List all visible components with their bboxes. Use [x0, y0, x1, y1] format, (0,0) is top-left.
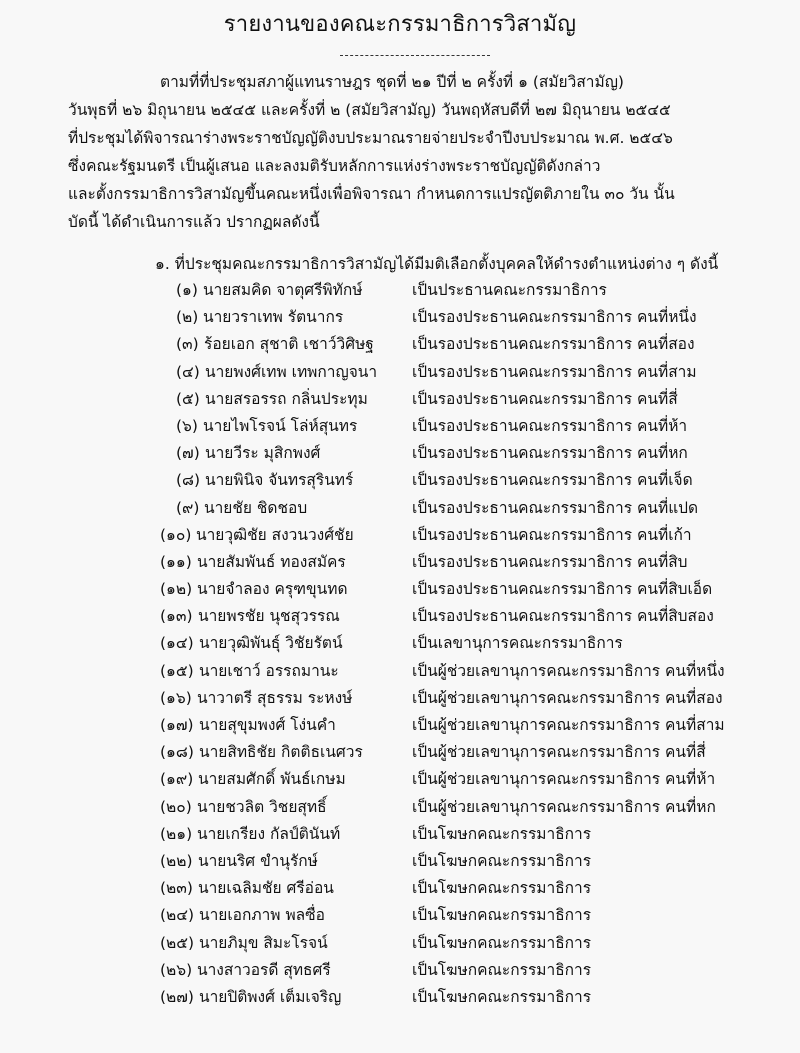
member-role: เป็นผู้ช่วยเลขานุการคณะกรรมาธิการ คนที่ส… — [412, 739, 706, 766]
list-item: (๒๔)นายเอกภาพ พลซื่อเป็นโฆษกคณะกรรมาธิกา… — [0, 902, 800, 929]
list-item: (๒๗)นายปิติพงศ์ เต็มเจริญเป็นโฆษกคณะกรรม… — [0, 984, 800, 1011]
member-number: (๕) — [176, 386, 200, 413]
member-role: เป็นโฆษกคณะกรรมาธิการ — [412, 875, 591, 902]
member-number: (๑๒) — [160, 576, 192, 603]
member-name: นายสุขุมพงศ์ โง่นคำ — [199, 712, 336, 739]
member-role: เป็นผู้ช่วยเลขานุการคณะกรรมาธิการ คนที่ส… — [412, 685, 723, 712]
member-name: นายเฉลิมชัย ศรีอ่อน — [198, 875, 334, 902]
list-item: (๒๓)นายเฉลิมชัย ศรีอ่อนเป็นโฆษกคณะกรรมาธ… — [0, 875, 800, 902]
member-role: เป็นรองประธานคณะกรรมาธิการ คนที่สิบ — [412, 549, 688, 576]
member-number: (๑๗) — [160, 712, 194, 739]
member-name: นายชวลิต วิชยสุทธิ์ — [197, 794, 327, 821]
intro-line: วันพุธที่ ๒๖ มิถุนายน ๒๕๔๕ และครั้งที่ ๒… — [68, 96, 768, 124]
member-name: นายปิติพงศ์ เต็มเจริญ — [199, 984, 341, 1011]
list-item: (๒๖)นางสาวอรดี สุทธศรีเป็นโฆษกคณะกรรมาธิ… — [0, 957, 800, 984]
list-item: (๖)นายไพโรจน์ โล่ห์สุนทรเป็นรองประธานคณะ… — [0, 413, 800, 440]
member-name: นายจำลอง ครุฑขุนทด — [197, 576, 348, 603]
member-name: นายวีระ มุสิกพงศ์ — [205, 440, 320, 467]
intro-line: บัดนี้ ได้ดำเนินการแล้ว ปรากฏผลดังนี้ — [68, 208, 768, 236]
member-number: (๒๑) — [160, 821, 192, 848]
member-role: เป็นรองประธานคณะกรรมาธิการ คนที่เก้า — [412, 522, 692, 549]
member-name: นายสิทธิชัย กิตติธเนศวร — [199, 739, 363, 766]
member-number: (๒๖) — [160, 957, 192, 984]
member-role: เป็นผู้ช่วยเลขานุการคณะกรรมาธิการ คนที่ห… — [412, 766, 715, 793]
member-name: นายเอกภาพ พลซื่อ — [199, 902, 325, 929]
list-item: (๑๐)นายวุฒิชัย สงวนวงศ์ชัยเป็นรองประธานค… — [0, 522, 800, 549]
member-number: (๒๓) — [160, 875, 193, 902]
member-name: นายวราเทพ รัตนากร — [203, 304, 343, 331]
member-role: เป็นโฆษกคณะกรรมาธิการ — [412, 984, 591, 1011]
member-number: (๒๒) — [160, 848, 193, 875]
member-name: นายนริศ ขำนุรักษ์ — [198, 848, 318, 875]
member-name: นายสมศักดิ์ พันธ์เกษม — [198, 766, 346, 793]
list-item: (๑๔)นายวุฒิพันธุ์ วิชัยรัตน์เป็นเลขานุกา… — [0, 630, 800, 657]
member-role: เป็นรองประธานคณะกรรมาธิการ คนที่สิบสอง — [412, 603, 714, 630]
list-item: (๗)นายวีระ มุสิกพงศ์เป็นรองประธานคณะกรรม… — [0, 440, 800, 467]
list-item: (๒)นายวราเทพ รัตนากรเป็นรองประธานคณะกรรม… — [0, 304, 800, 331]
member-name: นายชัย ชิดชอบ — [204, 495, 307, 522]
member-number: (๙) — [176, 495, 199, 522]
member-role: เป็นรองประธานคณะกรรมาธิการ คนที่แปด — [412, 495, 698, 522]
list-item: (๘)นายพินิจ จันทรสุรินทร์เป็นรองประธานคณ… — [0, 467, 800, 494]
member-role: เป็นผู้ช่วยเลขานุการคณะกรรมาธิการ คนที่ส… — [412, 712, 725, 739]
member-number: (๓) — [176, 331, 199, 358]
member-number: (๒) — [176, 304, 198, 331]
member-role: เป็นโฆษกคณะกรรมาธิการ — [412, 957, 591, 984]
member-role: เป็นรองประธานคณะกรรมาธิการ คนที่เจ็ด — [412, 467, 693, 494]
list-item: (๑๓)นายพรชัย นุชสุวรรณเป็นรองประธานคณะกร… — [0, 603, 800, 630]
member-role: เป็นโฆษกคณะกรรมาธิการ — [412, 902, 591, 929]
list-item: (๑๕)นายเชาว์ อรรถมานะเป็นผู้ช่วยเลขานุกา… — [0, 658, 800, 685]
list-item: (๑๘)นายสิทธิชัย กิตติธเนศวรเป็นผู้ช่วยเล… — [0, 739, 800, 766]
member-name: นายภิมุข สิมะโรจน์ — [199, 930, 328, 957]
member-role: เป็นโฆษกคณะกรรมาธิการ — [412, 930, 591, 957]
member-name: นายวุฒิชัย สงวนวงศ์ชัย — [196, 522, 354, 549]
list-item: (๙)นายชัย ชิดชอบเป็นรองประธานคณะกรรมาธิก… — [0, 495, 800, 522]
list-item: (๑๒)นายจำลอง ครุฑขุนทดเป็นรองประธานคณะกร… — [0, 576, 800, 603]
document-page: รายงานของคณะกรรมาธิการวิสามัญ ตามที่ที่ป… — [0, 0, 800, 1053]
intro-line: ซึ่งคณะรัฐมนตรี เป็นผู้เสนอ และลงมติรับห… — [68, 152, 768, 180]
member-number: (๔) — [176, 359, 200, 386]
member-name: นายพินิจ จันทรสุรินทร์ — [205, 467, 353, 494]
list-item: (๑)นายสมคิด จาตุศรีพิทักษ์เป็นประธานคณะก… — [0, 277, 800, 304]
list-item: (๒๑)นายเกรียง กัลป์ตินันท์เป็นโฆษกคณะกรร… — [0, 821, 800, 848]
member-number: (๑๑) — [160, 549, 192, 576]
list-item: (๕)นายสรอรรถ กลิ่นประทุมเป็นรองประธานคณะ… — [0, 386, 800, 413]
member-number: (๑๘) — [160, 739, 194, 766]
list-item: (๑๗)นายสุขุมพงศ์ โง่นคำเป็นผู้ช่วยเลขานุ… — [0, 712, 800, 739]
member-role: เป็นรองประธานคณะกรรมาธิการ คนที่หก — [412, 440, 688, 467]
member-role: เป็นรองประธานคณะกรรมาธิการ คนที่หนึ่ง — [412, 304, 697, 331]
member-number: (๑๕) — [160, 658, 194, 685]
document-title: รายงานของคณะกรรมาธิการวิสามัญ — [0, 10, 800, 40]
member-role: เป็นโฆษกคณะกรรมาธิการ — [412, 821, 591, 848]
intro-line: ตามที่ที่ประชุมสภาผู้แทนราษฎร ชุดที่ ๒๑ … — [68, 68, 768, 96]
member-number: (๑๙) — [160, 766, 193, 793]
member-number: (๒๕) — [160, 930, 194, 957]
member-role: เป็นผู้ช่วยเลขานุการคณะกรรมาธิการ คนที่ห… — [412, 658, 725, 685]
member-number: (๗) — [176, 440, 200, 467]
section-1-heading: ๑. ที่ประชุมคณะกรรมาธิการวิสามัญได้มีมติ… — [155, 250, 718, 278]
list-item: (๓)ร้อยเอก สุชาติ เชาว์วิศิษฐเป็นรองประธ… — [0, 331, 800, 358]
member-name: นางสาวอรดี สุทธศรี — [197, 957, 331, 984]
member-number: (๒๐) — [160, 794, 192, 821]
list-item: (๑๖)นาวาตรี สุธรรม ระหงษ์เป็นผู้ช่วยเลขา… — [0, 685, 800, 712]
member-name: นาวาตรี สุธรรม ระหงษ์ — [197, 685, 352, 712]
member-name: ร้อยเอก สุชาติ เชาว์วิศิษฐ — [204, 331, 374, 358]
member-name: นายสมคิด จาตุศรีพิทักษ์ — [203, 277, 362, 304]
member-role: เป็นเลขานุการคณะกรรมาธิการ — [412, 630, 623, 657]
member-number: (๑) — [176, 277, 198, 304]
committee-member-list: (๑)นายสมคิด จาตุศรีพิทักษ์เป็นประธานคณะก… — [0, 277, 800, 1011]
member-role: เป็นผู้ช่วยเลขานุการคณะกรรมาธิการ คนที่ห… — [412, 794, 716, 821]
member-role: เป็นรองประธานคณะกรรมาธิการ คนที่สี่ — [412, 386, 678, 413]
list-item: (๑๑)นายสัมพันธ์ ทองสมัครเป็นรองประธานคณะ… — [0, 549, 800, 576]
member-role: เป็นรองประธานคณะกรรมาธิการ คนที่สิบเอ็ด — [412, 576, 712, 603]
member-name: นายสัมพันธ์ ทองสมัคร — [197, 549, 346, 576]
member-number: (๒๔) — [160, 902, 194, 929]
member-role: เป็นประธานคณะกรรมาธิการ — [412, 277, 607, 304]
member-name: นายวุฒิพันธุ์ วิชัยรัตน์ — [199, 630, 343, 657]
member-number: (๒๗) — [160, 984, 194, 1011]
member-name: นายสรอรรถ กลิ่นประทุม — [205, 386, 368, 413]
title-separator — [340, 55, 490, 56]
member-role: เป็นรองประธานคณะกรรมาธิการ คนที่ห้า — [412, 413, 687, 440]
member-number: (๖) — [176, 413, 198, 440]
intro-line: และตั้งกรรมาธิการวิสามัญขึ้นคณะหนึ่งเพื่… — [68, 180, 768, 208]
member-number: (๑๐) — [160, 522, 191, 549]
member-name: นายเกรียง กัลป์ตินันท์ — [197, 821, 340, 848]
member-number: (๘) — [176, 467, 200, 494]
member-role: เป็นโฆษกคณะกรรมาธิการ — [412, 848, 591, 875]
intro-line: ที่ประชุมได้พิจารณาร่างพระราชบัญญัติงบปร… — [68, 124, 768, 152]
list-item: (๑๙)นายสมศักดิ์ พันธ์เกษมเป็นผู้ช่วยเลขา… — [0, 766, 800, 793]
member-role: เป็นรองประธานคณะกรรมาธิการ คนที่สอง — [412, 331, 695, 358]
member-name: นายพรชัย นุชสุวรรณ — [198, 603, 340, 630]
member-role: เป็นรองประธานคณะกรรมาธิการ คนที่สาม — [412, 359, 697, 386]
member-number: (๑๔) — [160, 630, 194, 657]
list-item: (๒๒)นายนริศ ขำนุรักษ์เป็นโฆษกคณะกรรมาธิก… — [0, 848, 800, 875]
member-name: นายพงศ์เทพ เทพกาญจนา — [205, 359, 377, 386]
list-item: (๒๐)นายชวลิต วิชยสุทธิ์เป็นผู้ช่วยเลขานุ… — [0, 794, 800, 821]
list-item: (๔)นายพงศ์เทพ เทพกาญจนาเป็นรองประธานคณะก… — [0, 359, 800, 386]
member-name: นายไพโรจน์ โล่ห์สุนทร — [203, 413, 357, 440]
member-number: (๑๓) — [160, 603, 193, 630]
member-number: (๑๖) — [160, 685, 192, 712]
list-item: (๒๕)นายภิมุข สิมะโรจน์เป็นโฆษกคณะกรรมาธิ… — [0, 930, 800, 957]
member-name: นายเชาว์ อรรถมานะ — [199, 658, 339, 685]
intro-paragraph: ตามที่ที่ประชุมสภาผู้แทนราษฎร ชุดที่ ๒๑ … — [68, 68, 768, 236]
